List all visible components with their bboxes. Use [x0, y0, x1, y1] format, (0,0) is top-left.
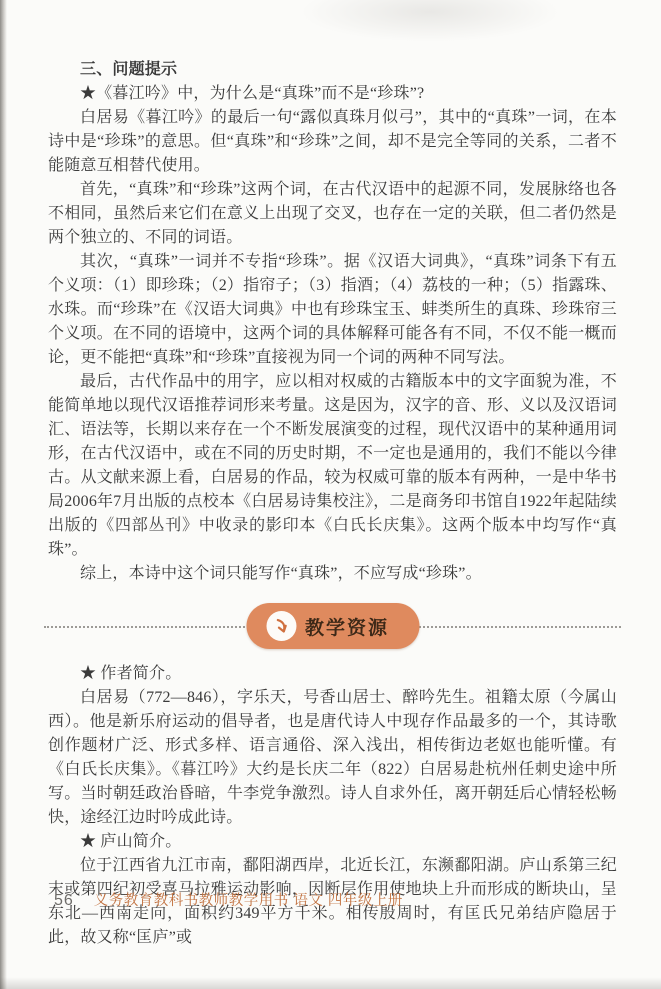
resource-title: ★ 庐山简介。: [48, 830, 617, 854]
body-paragraph: 首先，“真珠”和“珍珠”这两个词，在古代汉语中的起源不同，发展脉络也各不相同，虽…: [48, 178, 617, 250]
resource-body: 白居易（772—846），字乐天，号香山居士、醉吟先生。祖籍太原（今属山西）。他…: [48, 686, 617, 830]
scan-shadow-bottom: [0, 977, 661, 989]
page-scan-edge: [0, 0, 7, 989]
page-number: 56: [54, 892, 74, 910]
body-paragraph: 最后，古代作品中的用字，应以相对权威的古籍版本中的文字面貌为准，不能简单地以现代…: [48, 370, 617, 562]
scanned-textbook-page: 三、问题提示 ★《暮江吟》中，为什么是“真珠”而不是“珍珠”? 白居易《暮江吟》…: [0, 0, 661, 989]
scan-shadow-top: [300, 0, 560, 42]
question-line: ★《暮江吟》中，为什么是“真珠”而不是“珍珠”?: [48, 82, 617, 106]
page-footer: 56 义务教育教科书教师教学用书 语文 四年级上册: [54, 889, 403, 910]
body-paragraph: 白居易《暮江吟》的最后一句“露似真珠月似弓”，其中的“真珠”一词，在本诗中是“珍…: [48, 106, 617, 178]
body-paragraph: 其次，“真珠”一词并不专指“珍珠”。据《汉语大词典》，“真珠”词条下有五个义项：…: [48, 250, 617, 370]
section-divider: 教学资源: [48, 602, 617, 650]
down-arrow-icon: [266, 611, 296, 641]
teaching-resources-badge: 教学资源: [246, 603, 419, 649]
body-paragraph: 综上，本诗中这个词只能写作“真珠”，不应写成“珍珠”。: [48, 562, 617, 586]
resource-title: ★ 作者简介。: [48, 662, 617, 686]
section-heading: 三、问题提示: [48, 58, 617, 82]
page-content: 三、问题提示 ★《暮江吟》中，为什么是“真珠”而不是“珍珠”? 白居易《暮江吟》…: [48, 58, 617, 950]
badge-label: 教学资源: [305, 613, 389, 640]
footer-book-title: 义务教育教科书教师教学用书 语文 四年级上册: [94, 889, 403, 910]
